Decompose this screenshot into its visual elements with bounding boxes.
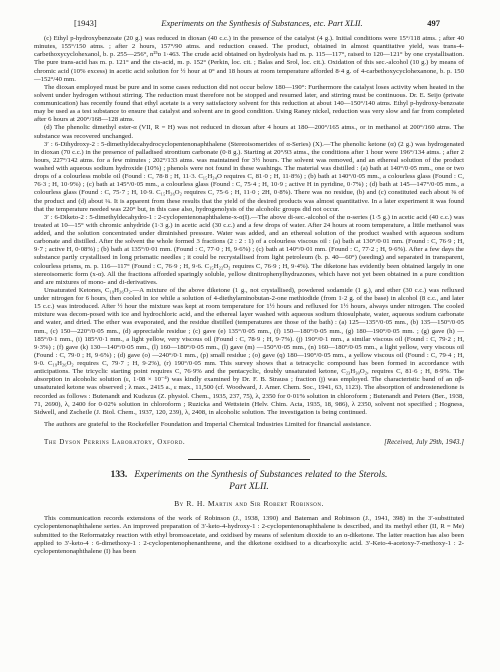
running-title: Experiments on the Synthesis of Substanc… [161, 18, 362, 28]
article-part-label: Part XLII. [34, 481, 464, 493]
received-date: [Received, July 29th, 1943.] [384, 438, 464, 446]
paragraph-next-article-intro: This communication records extensions of… [34, 515, 464, 556]
article-byline: By R. H. Martin and Sir Robert Robinson. [34, 500, 464, 508]
acknowledgement: The authors are grateful to the Rockefel… [34, 421, 464, 429]
page-body: (c) Ethyl p-hydroxybenzoate (20 g.) was … [0, 28, 500, 556]
year-tag: [1943] [74, 18, 97, 28]
page-number: 497 [427, 18, 440, 28]
running-head: [1943] Experiments on the Synthesis of S… [0, 18, 500, 28]
paragraph-diketo-dimethyldecahydro: 3′ : 6-Diketo-2 : 5-dimethyldecahydro-1 … [34, 214, 464, 287]
laboratory-name: The Dyson Perrins Laboratory, Oxford. [34, 438, 185, 446]
paragraph-ethyl-hydroxybenzoate-reduction: (c) Ethyl p-hydroxybenzoate (20 g.) was … [34, 35, 464, 84]
paragraph-phenolic-dimethyl-ester: (d) The phenolic dimethyl ester-α (VII, … [34, 124, 464, 140]
paragraph-dioxan-purity-note: The dioxan employed must be pure and in … [34, 84, 464, 125]
next-article-title: 133.Experiments on the Synthesis of Subs… [44, 469, 454, 481]
section-divider-rule [188, 459, 310, 460]
paragraph-unsaturated-ketones: Unsaturated Ketones, C₁₉H₂₆O₂.—A mixture… [34, 287, 464, 417]
journal-page: [1943] Experiments on the Synthesis of S… [0, 0, 500, 672]
article-number: 133. [111, 469, 128, 480]
article-title-text: Experiments on the Synthesis of Substanc… [134, 469, 387, 480]
paragraph-dihydroxy-dimethyldecahydro: 3′ : 6-Dihydroxy-2 : 5-dimethyldecahydro… [34, 141, 464, 214]
signature-row: The Dyson Perrins Laboratory, Oxford. [R… [34, 438, 464, 446]
